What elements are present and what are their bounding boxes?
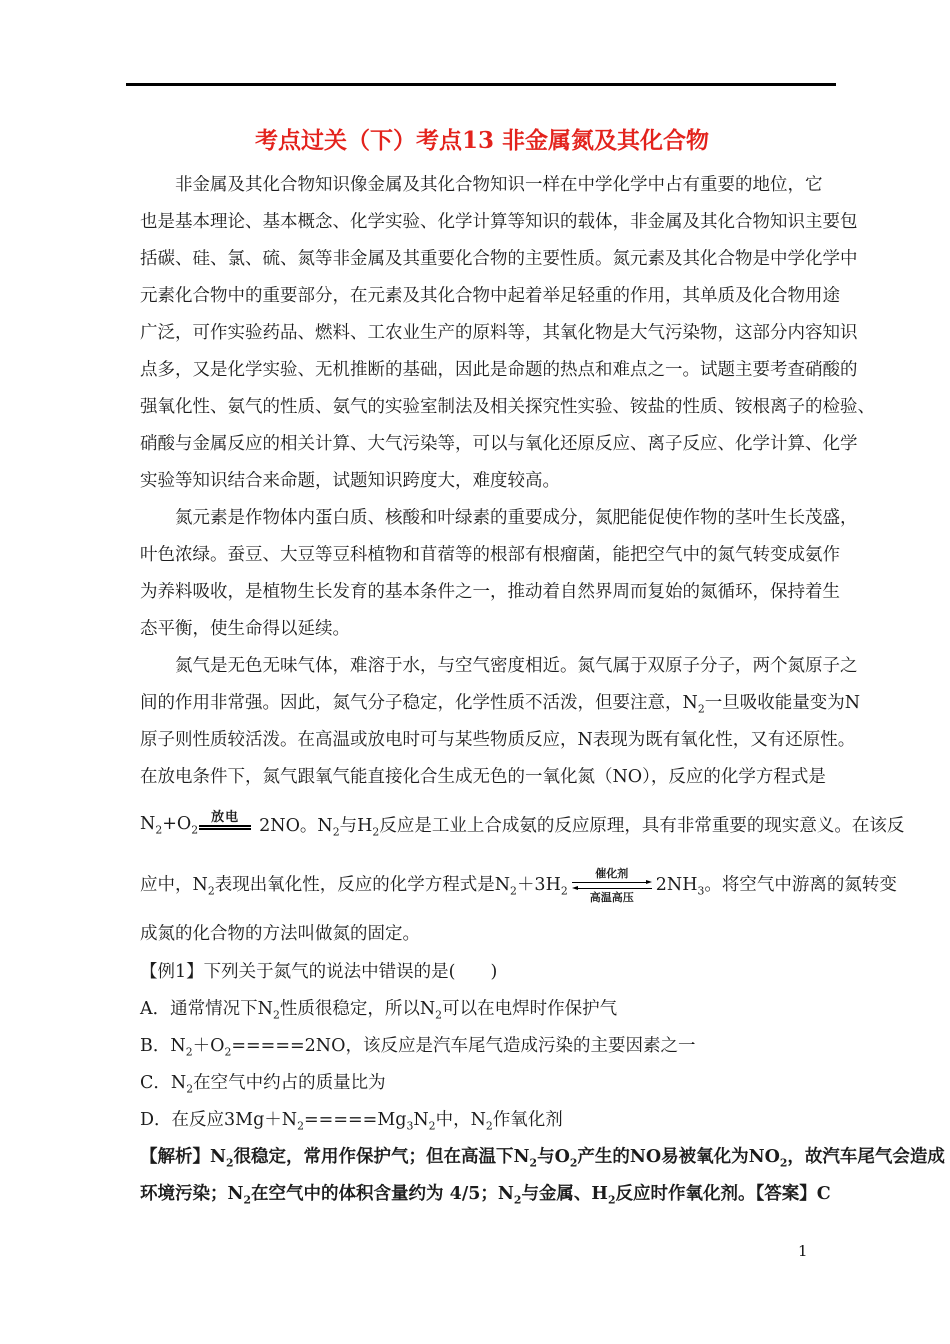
option-c: C．N2在空气中约占的质量比为 [140,1065,824,1102]
equation-products-and-text: 2NO。N2与H2反应是工业上合成氨的反应原理，具有非常重要的现实意义。在该反 [259,812,904,837]
synthesis-equation-line: 应中，N2表现出氧化性，反应的化学方程式是N2＋3H2 催化剂 高温高压 2NH… [140,852,824,914]
reverse-arrow [572,887,652,890]
analysis-line: 【解析】N2很稳定，常用作保护气；但在高温下N2与O2产生的NO易被氧化为NO2… [140,1139,824,1176]
discharge-condition-label: 放电 [211,810,239,825]
text-line: 元素化合物中的重要部分，在元素及其化合物中起着举足轻重的作用，其单质及化合物用途 [140,278,824,315]
example-question: 【例1】下列关于氮气的说法中错误的是( ) [140,954,824,991]
text-line: 点多，又是化学实验、无机推断的基础，因此是命题的热点和难点之一。试题主要考查硝酸… [140,352,824,389]
discharge-equation-line: N2+O2 放电 2NO。N2与H2反应是工业上合成氨的反应原理，具有非常重要的… [140,796,824,852]
option-b: B．N2＋O2=====2NO，该反应是汽车尾气造成污染的主要因素之一 [140,1028,824,1065]
analysis-line: 环境污染；N2在空气中的体积含量约为 4/5；N2与金属、H2反应时作氧化剂。【… [140,1176,824,1213]
nitrogen-role-paragraph: 氮元素是作物体内蛋白质、核酸和叶绿素的重要成分，氮肥能促使作物的茎叶生长茂盛， … [140,500,824,648]
document-page: 考点过关（下）考点13 非金属氮及其化合物 非金属及其化合物知识像金属及其化合物… [0,0,950,1344]
forward-arrow [572,881,652,884]
text-line: 括碳、硅、氯、硫、氮等非金属及其重要化合物的主要性质。氮元素及其化合物是中学化学… [140,241,824,278]
discharge-condition-stack: 放电 [199,810,251,830]
header-rule [126,83,836,86]
text-line: 氮元素是作物体内蛋白质、核酸和叶绿素的重要成分，氮肥能促使作物的茎叶生长茂盛， [140,500,824,537]
intro-paragraph: 非金属及其化合物知识像金属及其化合物知识一样在中学化学中占有重要的地位，它 也是… [140,167,824,500]
equation-double-line [199,825,251,830]
text-line: 在放电条件下，氮气跟氧气能直接化合生成无色的一氧化氮（NO），反应的化学方程式是 [140,759,824,796]
text-line: 也是基本理论、基本概念、化学实验、化学计算等知识的载体，非金属及其化合物知识主要… [140,204,824,241]
catalyst-label: 催化剂 [595,867,628,880]
temperature-pressure-label: 高温高压 [590,891,634,904]
option-a: A．通常情况下N2性质很稳定，所以N2可以在电焊时作保护气 [140,991,824,1028]
text-line: 非金属及其化合物知识像金属及其化合物知识一样在中学化学中占有重要的地位，它 [140,167,824,204]
equation-products-and-text: 2NH3。将空气中游离的氮转变 [656,871,897,896]
text-line: 为养料吸收，是植物生长发育的基本条件之一，推动着自然界周而复始的氮循环，保持着生 [140,574,824,611]
nitrogen-properties-paragraph: 氮气是无色无味气体，难溶于水，与空气密度相近。氮气属于双原子分子，两个氮原子之 … [140,648,824,953]
option-d: D．在反应3Mg＋N2=====Mg3N2中，N2作氧化剂 [140,1102,824,1139]
text-line: 氮气是无色无味气体，难溶于水，与空气密度相近。氮气属于双原子分子，两个氮原子之 [140,648,824,685]
text-line: 叶色浓绿。蚕豆、大豆等豆科植物和苜蓿等的根部有根瘤菌，能把空气中的氮气转变成氨作 [140,537,824,574]
text-line: 广泛，可作实验药品、燃料、工农业生产的原料等，其氧化物是大气污染物，这部分内容知… [140,315,824,352]
text-line: 态平衡，使生命得以延续。 [140,611,824,648]
reversible-arrows-icon [572,881,652,890]
example-block: 【例1】下列关于氮气的说法中错误的是( ) A．通常情况下N2性质很稳定，所以N… [140,954,824,1139]
text-line: 硝酸与金属反应的相关计算、大气污染等，可以与氧化还原反应、离子反应、化学计算、化… [140,426,824,463]
text-line: 强氧化性、氨气的性质、氨气的实验室制法及相关探究性实验、铵盐的性质、铵根离子的检… [140,389,824,426]
text-line: 间的作用非常强。因此，氮气分子稳定，化学性质不活泼，但要注意，N2一旦吸收能量变… [140,685,824,722]
text-line: 成氮的化合物的方法叫做氮的固定。 [140,916,824,953]
page-title: 考点过关（下）考点13 非金属氮及其化合物 [140,126,824,156]
reversible-condition-stack: 催化剂 高温高压 [572,867,652,904]
analysis-block: 【解析】N2很稳定，常用作保护气；但在高温下N2与O2产生的NO易被氧化为NO2… [140,1139,824,1213]
document-content: 考点过关（下）考点13 非金属氮及其化合物 非金属及其化合物知识像金属及其化合物… [140,126,824,1213]
page-number: 1 [798,1242,808,1260]
equation-reactants: N2+O2 [140,814,198,834]
text-line: 原子则性质较活泼。在高温或放电时可与某些物质反应，N表现为既有氧化性，又有还原性… [140,722,824,759]
equation-lead-text: 应中，N2表现出氧化性，反应的化学方程式是N2＋3H2 [140,871,568,896]
text-line: 实验等知识结合来命题，试题知识跨度大，难度较高。 [140,463,824,500]
